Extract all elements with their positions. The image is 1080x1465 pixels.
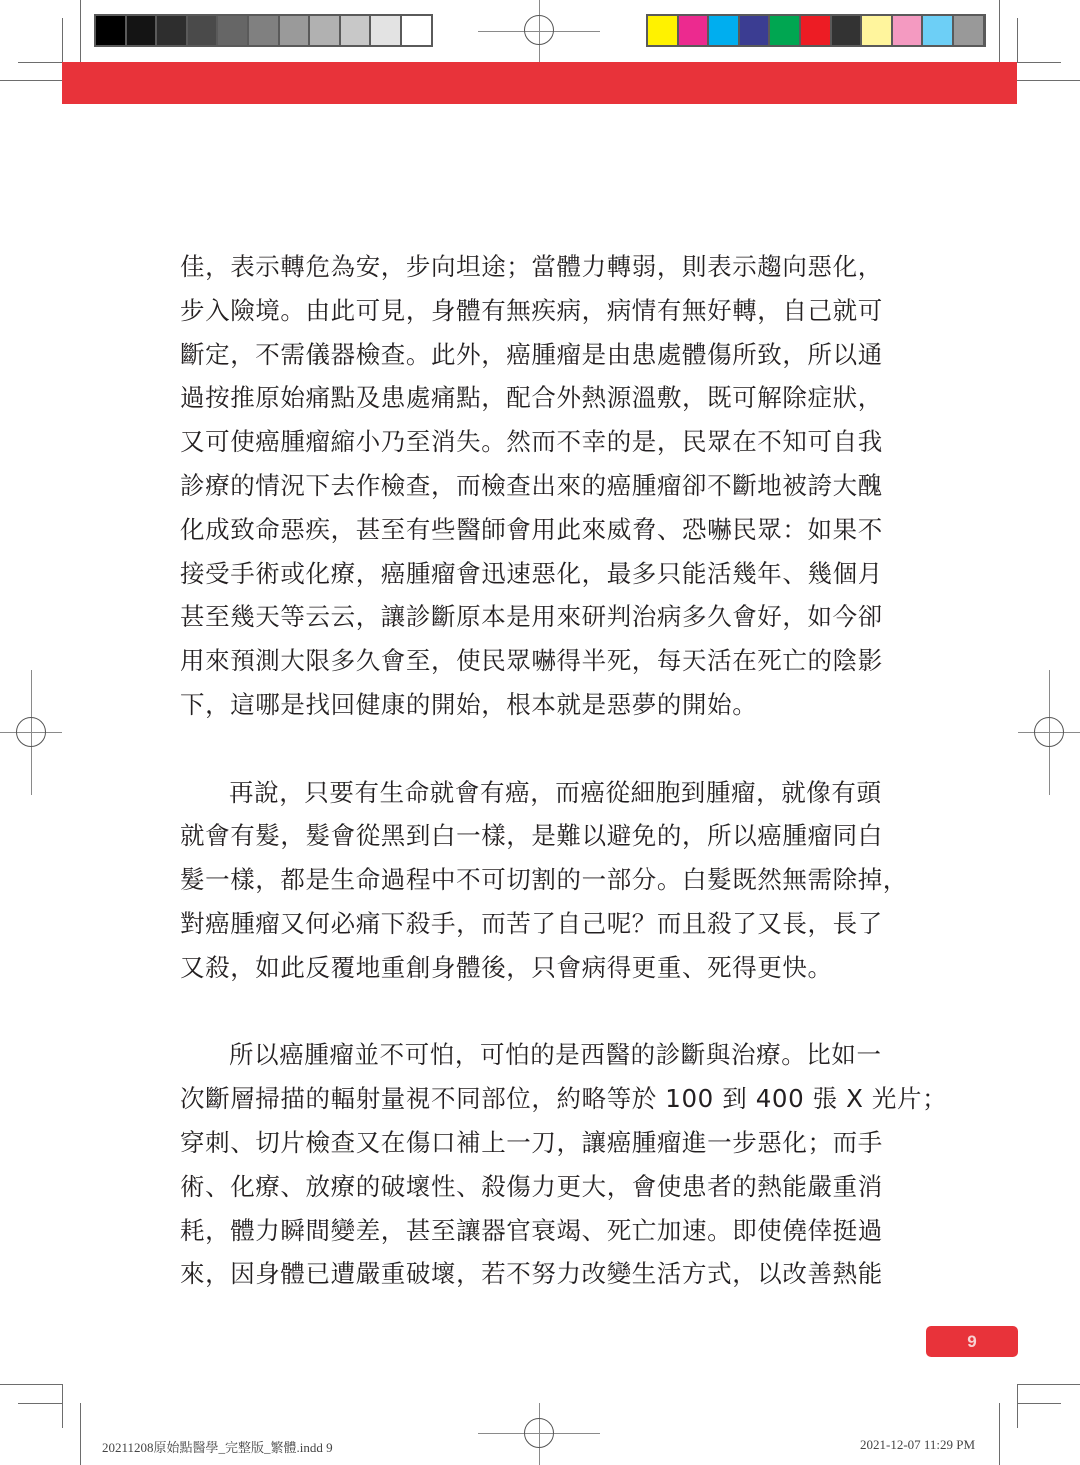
color-swatch [862,16,891,45]
slug-timestamp: 2021-12-07 11:29 PM [860,1437,975,1453]
crop-mark-bottom-left-h2 [18,1403,62,1404]
color-swatch [832,16,861,45]
crop-mark-top-right-v2 [1017,18,1018,62]
text-line: 用來預測大限多久會至，使民眾嚇得半死，每天活在死亡的陰影 [180,639,902,683]
text-line: 斷定，不需儀器檢查。此外，癌腫瘤是由患處體傷所致，所以通 [180,333,902,377]
crop-mark-top-right-h2 [1017,80,1080,81]
crop-mark-bottom-left-v1 [62,1384,63,1428]
paragraph-1: 佳，表示轉危為安，步向坦途；當體力轉弱，則表示趨向惡化， 步入險境。由此可見，身… [180,245,902,727]
crop-mark-bottom-left-h1 [0,1384,62,1385]
color-swatch [648,16,677,45]
paragraph-3: 所以癌腫瘤並不可怕，可怕的是西醫的診斷與治療。比如一 次斷層掃描的輻射量視不同部… [180,1033,902,1296]
color-swatch [923,16,952,45]
text-line: 步入險境。由此可見，身體有無疾病，病情有無好轉，自己就可 [180,289,902,333]
grayscale-swatch [371,16,400,45]
color-swatch [801,16,830,45]
text-line: 又殺，如此反覆地重創身體後，只會病得更重、死得更快。 [180,946,902,990]
header-accent-band [62,62,1017,104]
color-swatch [893,16,922,45]
text-line: 術、化療、放療的破壞性、殺傷力更大，會使患者的熱能嚴重消 [180,1165,902,1209]
grayscale-swatch [127,16,156,45]
text-line: 甚至幾天等云云，讓診斷原本是用來研判治病多久會好，如今卻 [180,595,902,639]
crop-mark-bottom-left-v2 [80,1403,81,1465]
cmyk-color-bar [646,14,986,47]
text-line: 次斷層掃描的輻射量視不同部位，約略等於 100 到 400 張 X 光片； [180,1077,902,1121]
grayscale-swatch [188,16,217,45]
text-line: 接受手術或化療，癌腫瘤會迅速惡化，最多只能活幾年、幾個月 [180,552,902,596]
grayscale-color-bar [94,14,433,47]
grayscale-swatch [310,16,339,45]
crop-mark-bottom-right-h1 [1017,1384,1080,1385]
grayscale-swatch [157,16,186,45]
text-line: 下，這哪是找回健康的開始，根本就是惡夢的開始。 [180,683,902,727]
page-number-badge: 9 [926,1326,1018,1357]
article-body: 佳，表示轉危為安，步向坦途；當體力轉弱，則表示趨向惡化， 步入險境。由此可見，身… [180,245,902,1296]
grayscale-swatch [341,16,370,45]
crop-mark-top-left-h2 [0,80,62,81]
slug-file-name: 20211208原始點醫學_完整版_繁體.indd 9 [102,1437,333,1456]
crop-mark-top-left-v2 [62,18,63,62]
paragraph-2: 再說，只要有生命就會有癌，而癌從細胞到腫瘤，就像有頭 就會有髮，髮會從黑到白一樣… [180,771,902,990]
grayscale-swatch [280,16,309,45]
text-line: 診療的情況下去作檢查，而檢查出來的癌腫瘤卻不斷地被誇大醜 [180,464,902,508]
text-line: 佳，表示轉危為安，步向坦途；當體力轉弱，則表示趨向惡化， [180,245,902,289]
crop-mark-top-left-h1 [18,62,62,63]
crop-mark-top-left-v1 [80,0,81,62]
text-line: 過按推原始痛點及患處痛點，配合外熱源溫敷，既可解除症狀， [180,376,902,420]
text-line: 化成致命惡疾，甚至有些醫師會用此來威脅、恐嚇民眾：如果不 [180,508,902,552]
text-line: 所以癌腫瘤並不可怕，可怕的是西醫的診斷與治療。比如一 [180,1033,902,1077]
paragraph-spacer [180,727,902,771]
crop-mark-bottom-right-h2 [1017,1403,1061,1404]
color-swatch [740,16,769,45]
grayscale-swatch [402,16,431,45]
crop-mark-top-right-v1 [999,0,1000,62]
text-line: 對癌腫瘤又何必痛下殺手，而苦了自己呢？而且殺了又長，長了 [180,902,902,946]
text-line: 又可使癌腫瘤縮小乃至消失。然而不幸的是，民眾在不知可自我 [180,420,902,464]
text-line: 再說，只要有生命就會有癌，而癌從細胞到腫瘤，就像有頭 [180,771,902,815]
color-swatch [770,16,799,45]
crop-mark-bottom-right-v2 [999,1403,1000,1465]
color-swatch [679,16,708,45]
registration-mark-left-circle [16,717,46,747]
text-line: 就會有髮，髮會從黑到白一樣，是難以避免的，所以癌腫瘤同白 [180,814,902,858]
registration-mark-top-circle [524,15,554,45]
grayscale-swatch [249,16,278,45]
text-line: 穿刺、切片檢查又在傷口補上一刀，讓癌腫瘤進一步惡化；而手 [180,1121,902,1165]
grayscale-swatch [218,16,247,45]
paragraph-spacer [180,990,902,1034]
color-swatch [954,16,983,45]
registration-mark-right-circle [1034,717,1064,747]
color-swatch [709,16,738,45]
crop-mark-bottom-right-v1 [1017,1384,1018,1428]
crop-mark-top-right-h1 [1017,62,1061,63]
text-line: 來，因身體已遭嚴重破壞，若不努力改變生活方式，以改善熱能 [180,1252,902,1296]
text-line: 耗，體力瞬間變差，甚至讓器官衰竭、死亡加速。即使僥倖挺過 [180,1209,902,1253]
grayscale-swatch [96,16,125,45]
registration-mark-bottom-circle [524,1418,554,1448]
text-line: 髮一樣，都是生命過程中不可切割的一部分。白髮既然無需除掉， [180,858,902,902]
